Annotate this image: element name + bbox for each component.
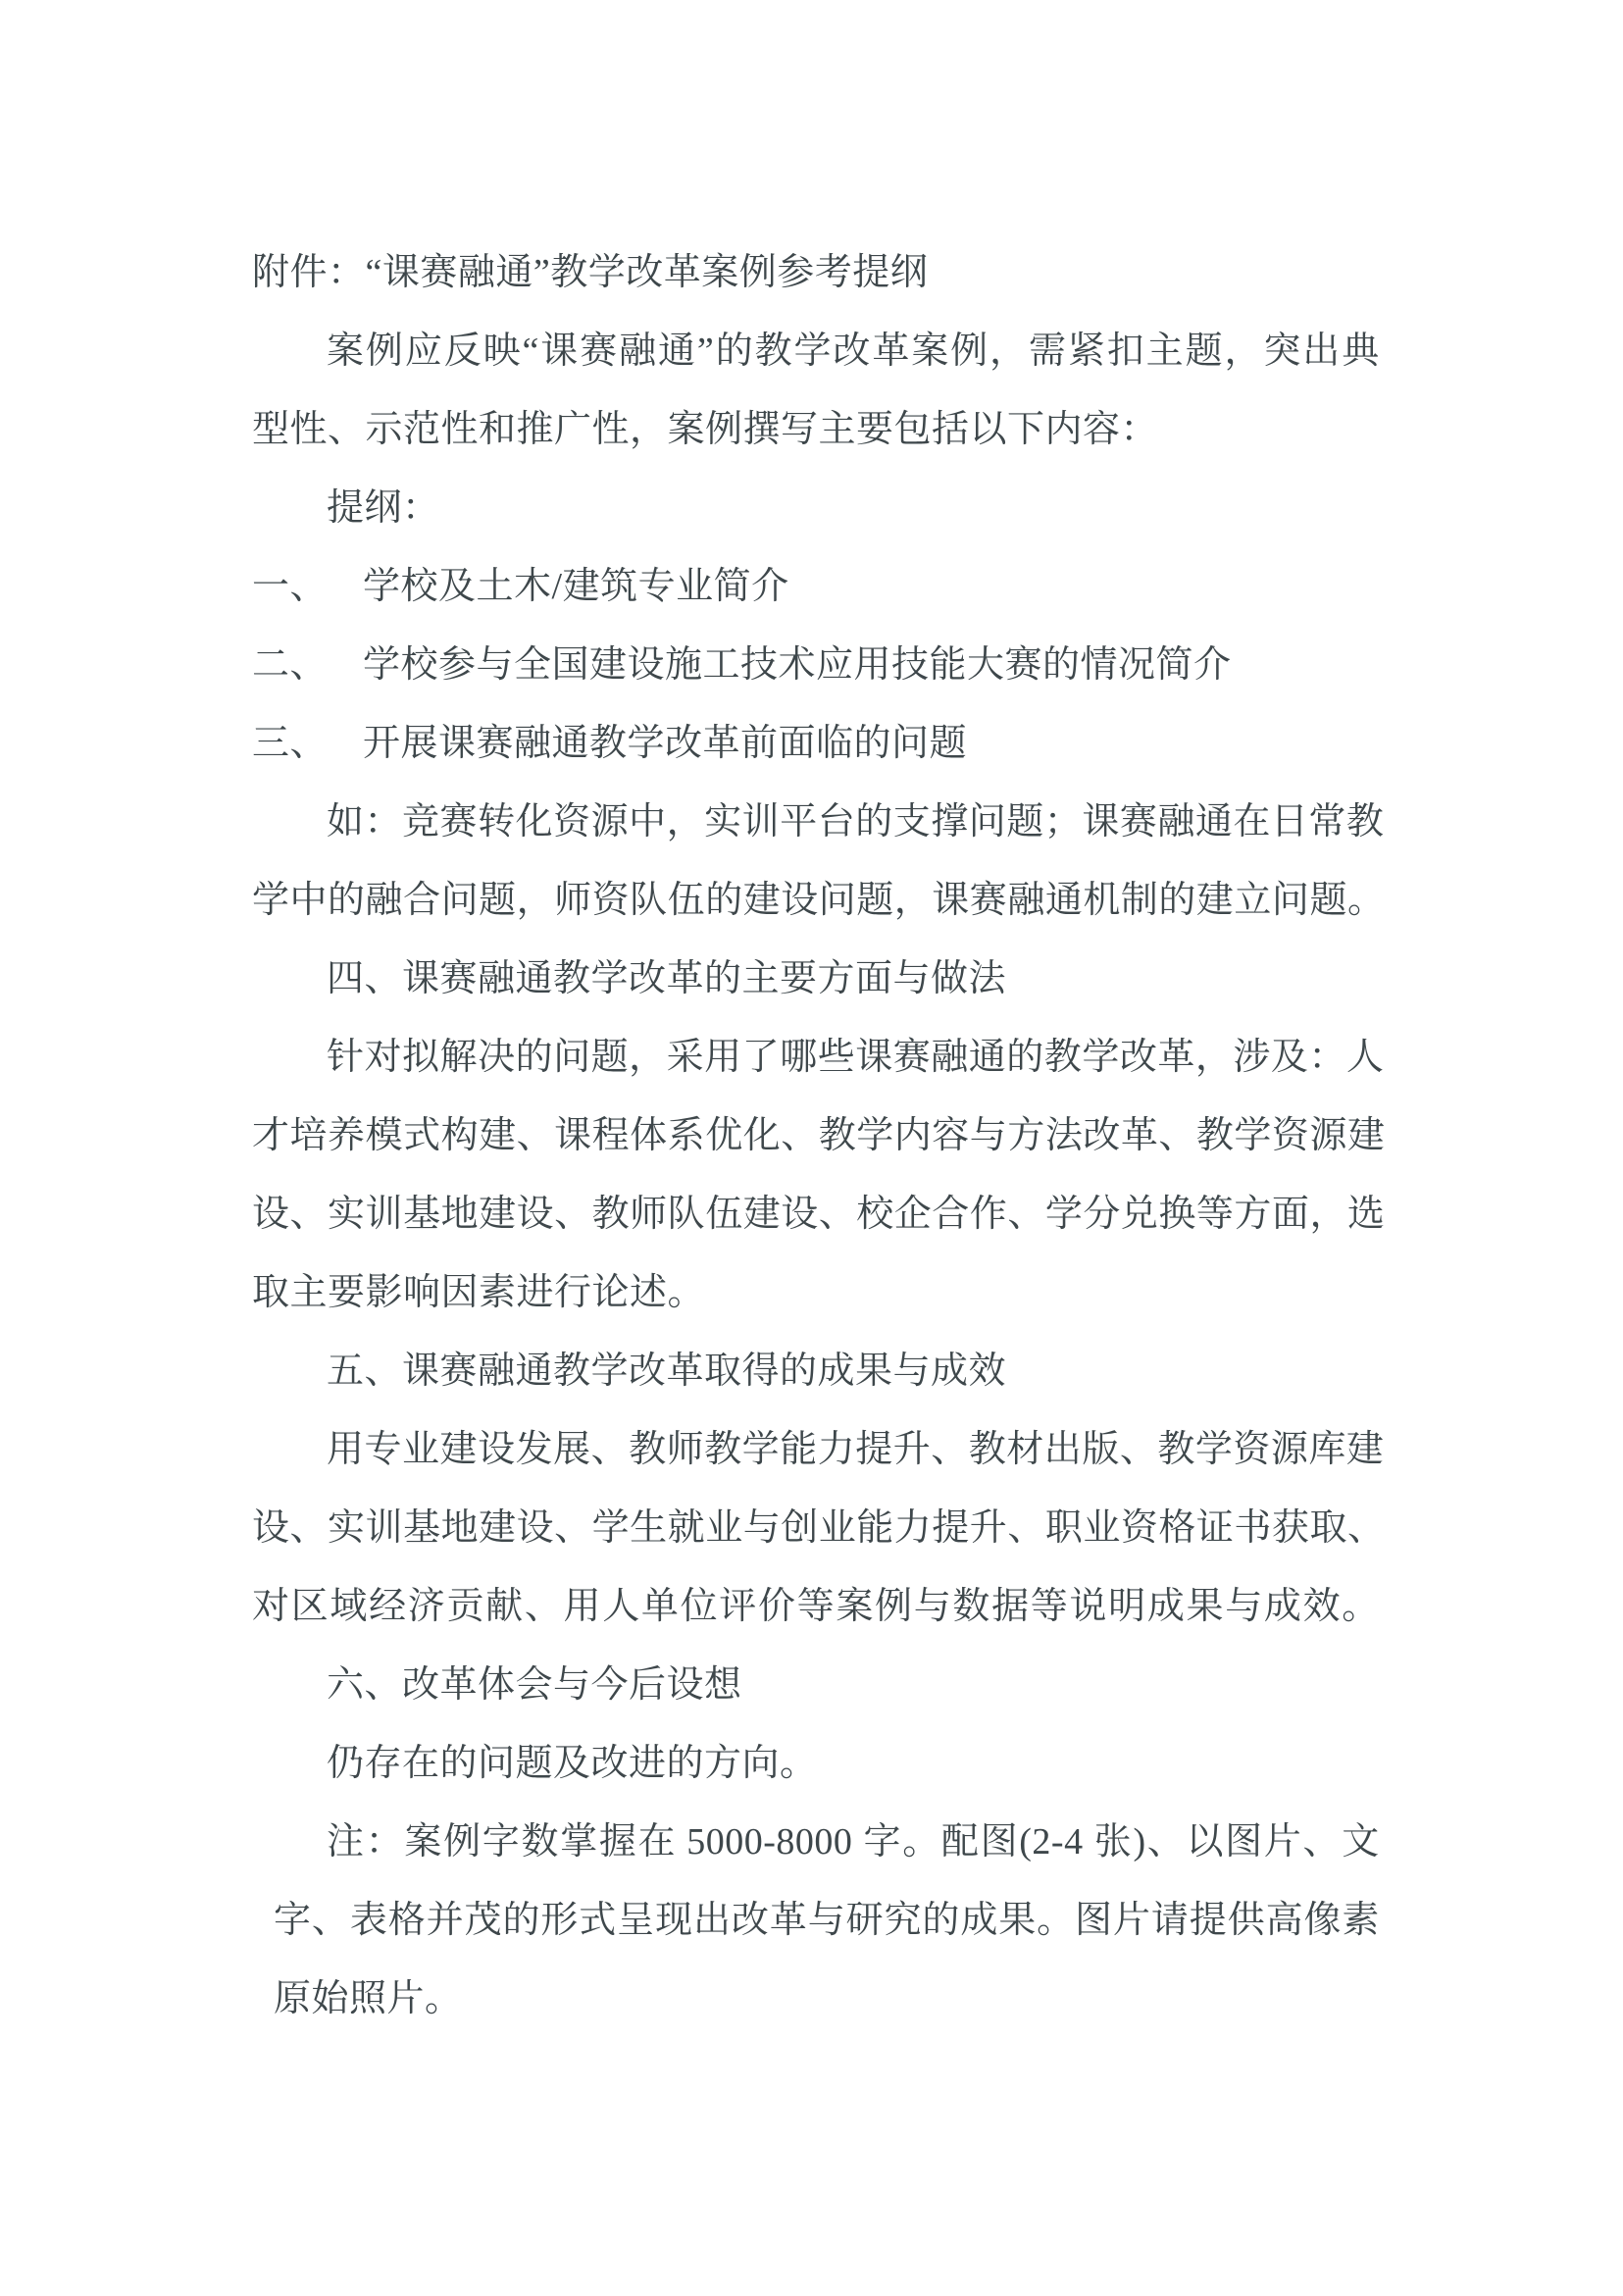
text-line: 仍存在的问题及改进的方向。 [252,1724,1380,1803]
text-line: 五、课赛融通教学改革取得的成果与成效 [252,1332,1380,1410]
text-line: 如：竞赛转化资源中，实训平台的支撑问题；课赛融通在日常教 [252,783,1380,861]
text-line: 一、学校及土木/建筑专业简介 [252,547,1380,626]
text-line: 设、实训基地建设、学生就业与创业能力提升、职业资格证书获取、 [252,1489,1380,1567]
list-item-text: 开展课赛融通教学改革前面临的问题 [363,704,967,783]
list-number: 三、 [252,704,328,783]
document-page: 附件：“课赛融通”教学改革案例参考提纲案例应反映“课赛融通”的教学改革案例，需紧… [0,0,1623,2296]
text-line: 原始照片。 [274,1960,1380,2038]
list-number: 二、 [252,626,328,704]
text-line: 设、实训基地建设、教师队伍建设、校企合作、学分兑换等方面，选 [252,1175,1380,1253]
list-item-text: 学校及土木/建筑专业简介 [363,547,789,626]
text-line: 二、学校参与全国建设施工技术应用技能大赛的情况简介 [252,626,1380,704]
text-line: 提纲： [252,469,1380,547]
text-line: 六、改革体会与今后设想 [252,1646,1380,1724]
text-line: 针对拟解决的问题，采用了哪些课赛融通的教学改革，涉及：人 [252,1018,1380,1097]
document-body: 附件：“课赛融通”教学改革案例参考提纲案例应反映“课赛融通”的教学改革案例，需紧… [252,233,1380,2038]
text-line: 四、课赛融通教学改革的主要方面与做法 [252,940,1380,1018]
text-line: 才培养模式构建、课程体系优化、教学内容与方法改革、教学资源建 [252,1097,1380,1175]
text-line: 取主要影响因素进行论述。 [252,1253,1380,1332]
text-line: 字、表格并茂的形式呈现出改革与研究的成果。图片请提供高像素 [274,1881,1380,1960]
text-line: 型性、示范性和推广性，案例撰写主要包括以下内容： [252,390,1380,469]
text-line: 学中的融合问题，师资队伍的建设问题，课赛融通机制的建立问题。 [252,861,1380,940]
list-number: 一、 [252,547,328,626]
text-line: 对区域经济贡献、用人单位评价等案例与数据等说明成果与成效。 [252,1567,1380,1646]
list-item-text: 学校参与全国建设施工技术应用技能大赛的情况简介 [363,626,1232,704]
text-line: 三、开展课赛融通教学改革前面临的问题 [252,704,1380,783]
text-line: 注：案例字数掌握在 5000-8000 字。配图(2-4 张)、以图片、文 [252,1803,1380,1881]
text-line: 案例应反映“课赛融通”的教学改革案例，需紧扣主题，突出典 [252,312,1380,390]
text-line: 用专业建设发展、教师教学能力提升、教材出版、教学资源库建 [252,1410,1380,1489]
document-title: 附件：“课赛融通”教学改革案例参考提纲 [252,233,1380,312]
